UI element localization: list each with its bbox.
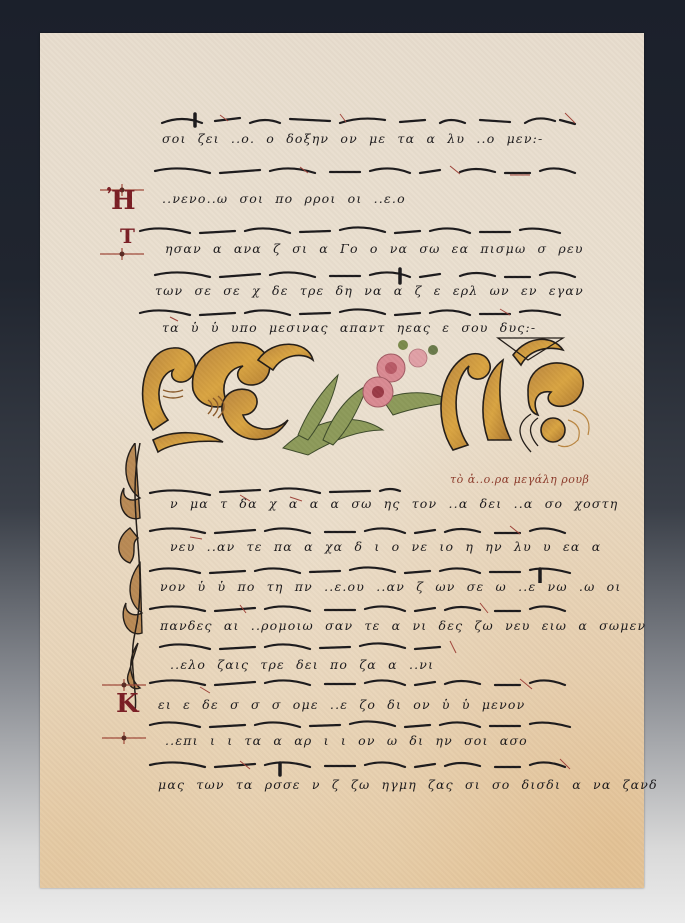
neume-line [40, 755, 644, 777]
right-scroll-cluster [441, 339, 583, 450]
neume-line [40, 637, 644, 659]
chant-text-line: ..νενο..ω σοι πο ρροι οι ..ε.ο [162, 191, 406, 211]
chant-text-line: των σε σε χ δε τρε δη να α ζ ε ερλ ων εν… [155, 283, 584, 303]
chant-text-line: σοι ζει ..ο. ο δοξην ον με τα α λυ ..ο μ… [162, 131, 543, 151]
chant-text-line: ει ε δε σ σ σ ομε ..ε ζο δι ον ὑ ὑ μενον [158, 697, 525, 717]
manuscript-page: σοι ζει ..ο. ο δοξην ον με τα α λυ ..ο μ… [40, 33, 644, 888]
chant-text-line: πανδες αι ..ρομοιω σαν τε α νι δες ζω νε… [160, 618, 646, 638]
neume-line [40, 111, 644, 133]
red-initial: Κ [116, 691, 139, 717]
chant-text-line: ν μα τ δα χ α α α σω ης τον ..α δει ..α … [170, 496, 618, 516]
red-initial: Ἠ [107, 188, 136, 214]
chant-text-line: μας των τα ρσσε ν ζ ζω ηγμη ζας σι σο δι… [158, 777, 658, 797]
illuminated-headpiece [133, 330, 591, 468]
red-initial: Τ [120, 223, 135, 249]
chant-text-line: ησαν α ανα ζ σι α Γο ο να σω εα πισμω σ … [165, 241, 584, 261]
chant-text-line: νευ ..αν τε πα α χα δ ι ο νε ιο η ην λυ … [170, 539, 601, 559]
chant-text-line: νον ὑ ὑ πο τη πν ..ε.ου ..αν ζ ων σε ω .… [160, 579, 621, 599]
neume-line [40, 161, 644, 183]
chant-text-line: ..επι ι ι τα α αρ ι ι ον ω δι ην σοι ασο [165, 733, 528, 753]
